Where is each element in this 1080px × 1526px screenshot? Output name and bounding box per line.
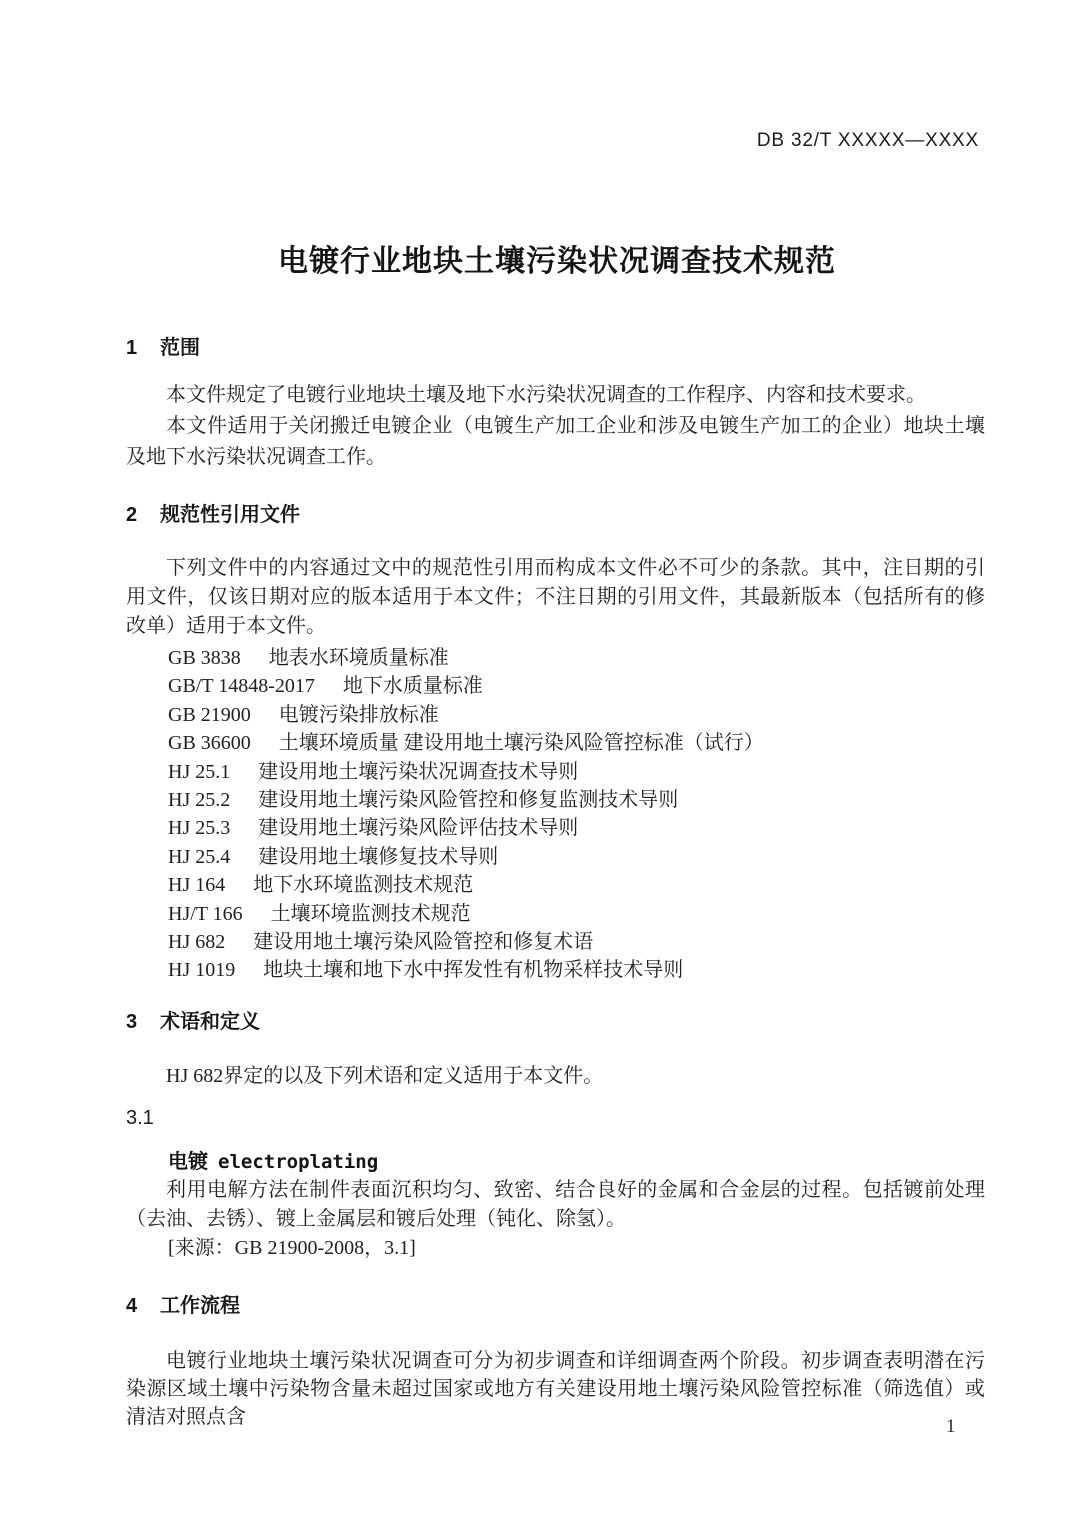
section-2-number: 2 [126, 503, 160, 527]
clause-number: 3.1 [126, 1106, 985, 1130]
reference-item: HJ 682建设用地土壤污染风险管控和修复术语 [126, 928, 985, 956]
references-list: GB 3838地表水环境质量标准 GB/T 14848-2017地下水质量标准 … [126, 644, 985, 985]
reference-code: HJ 25.2 [168, 786, 230, 814]
reference-title: 地块土壤和地下水中挥发性有机物采样技术导则 [263, 959, 683, 981]
reference-item: HJ/T 166土壤环境监测技术规范 [126, 900, 985, 928]
section-1-heading: 1范围 [126, 336, 985, 360]
reference-title: 建设用地土壤修复技术导则 [258, 846, 498, 868]
reference-code: HJ 164 [168, 871, 225, 899]
scope-paragraph-1: 本文件规定了电镀行业地块土壤及地下水污染状况调查的工作程序、内容和技术要求。 [126, 380, 985, 411]
reference-item: GB 21900电镀污染排放标准 [126, 701, 985, 729]
reference-item: HJ 164地下水环境监测技术规范 [126, 871, 985, 899]
section-1-title: 范围 [160, 337, 200, 359]
reference-title: 土壤环境质量 建设用地土壤污染风险管控标准（试行） [279, 732, 764, 754]
reference-item: HJ 25.2建设用地土壤污染风险管控和修复监测技术导则 [126, 786, 985, 814]
reference-item: GB 3838地表水环境质量标准 [126, 644, 985, 672]
reference-code: GB 36600 [168, 729, 251, 757]
section-3-number: 3 [126, 1010, 160, 1034]
term-definition-paragraph: 利用电解方法在制件表面沉积均匀、致密、结合良好的金属和合金层的过程。包括镀前处理… [126, 1176, 985, 1234]
reference-code: GB/T 14848-2017 [168, 672, 315, 700]
section-1-body: 本文件规定了电镀行业地块土壤及地下水污染状况调查的工作程序、内容和技术要求。 本… [126, 380, 985, 473]
section-3-heading: 3术语和定义 [126, 1010, 985, 1034]
reference-code: HJ 682 [168, 928, 225, 956]
reference-title: 地表水环境质量标准 [269, 647, 449, 669]
section-2-heading: 2规范性引用文件 [126, 503, 985, 527]
reference-code: GB 21900 [168, 701, 251, 729]
reference-code: HJ 25.4 [168, 843, 230, 871]
reference-code: HJ 1019 [168, 956, 235, 984]
term-en: electroplating [218, 1151, 378, 1173]
section-3-title: 术语和定义 [160, 1011, 260, 1033]
term-zh: 电镀 [168, 1151, 208, 1173]
reference-code: GB 3838 [168, 644, 241, 672]
reference-item: GB/T 14848-2017地下水质量标准 [126, 672, 985, 700]
section-1-number: 1 [126, 336, 160, 360]
reference-item: HJ 25.1建设用地土壤污染状况调查技术导则 [126, 758, 985, 786]
reference-title: 地下水环境监测技术规范 [253, 874, 473, 896]
reference-item: GB 36600土壤环境质量 建设用地土壤污染风险管控标准（试行） [126, 729, 985, 757]
reference-title: 地下水质量标准 [343, 675, 483, 697]
reference-title: 建设用地土壤污染状况调查技术导则 [258, 761, 578, 783]
reference-title: 土壤环境监测技术规范 [271, 903, 471, 925]
document-title: 电镀行业地块土壤污染状况调查技术规范 [0, 236, 1080, 280]
reference-title: 建设用地土壤污染风险管控和修复术语 [253, 931, 593, 953]
reference-item: HJ 1019地块土壤和地下水中挥发性有机物采样技术导则 [126, 956, 985, 984]
document-page: DB 32/T XXXXX—XXXX 电镀行业地块土壤污染状况调查技术规范 1范… [0, 0, 1080, 1526]
reference-title: 建设用地土壤污染风险管控和修复监测技术导则 [258, 789, 678, 811]
term-source: [来源：GB 21900-2008，3.1] [126, 1236, 985, 1260]
reference-code: HJ 25.3 [168, 814, 230, 842]
reference-code: HJ/T 166 [168, 900, 243, 928]
section-4-number: 4 [126, 1294, 160, 1318]
section-3-intro: HJ 682界定的以及下列术语和定义适用于本文件。 [126, 1062, 985, 1091]
section-2-title: 规范性引用文件 [160, 504, 300, 526]
section-4-body: 电镀行业地块土壤污染状况调查可分为初步调查和详细调查两个阶段。初步调查表明潜在污… [126, 1347, 985, 1431]
scope-paragraph-2: 本文件适用于关闭搬迁电镀企业（电镀生产加工企业和涉及电镀生产加工的企业）地块土壤… [126, 411, 985, 473]
workflow-paragraph: 电镀行业地块土壤污染状况调查可分为初步调查和详细调查两个阶段。初步调查表明潜在污… [126, 1347, 985, 1431]
terms-intro-paragraph: HJ 682界定的以及下列术语和定义适用于本文件。 [126, 1062, 985, 1091]
section-2-intro: 下列文件中的内容通过文中的规范性引用而构成本文件必不可少的条款。其中，注日期的引… [126, 554, 985, 641]
section-4-title: 工作流程 [160, 1295, 240, 1317]
reference-title: 电镀污染排放标准 [279, 704, 439, 726]
reference-item: HJ 25.4建设用地土壤修复技术导则 [126, 843, 985, 871]
reference-code: HJ 25.1 [168, 758, 230, 786]
term-line: 电镀electroplating [126, 1150, 985, 1174]
term-definition: 利用电解方法在制件表面沉积均匀、致密、结合良好的金属和合金层的过程。包括镀前处理… [126, 1176, 985, 1234]
page-number: 1 [946, 1416, 956, 1438]
references-intro-paragraph: 下列文件中的内容通过文中的规范性引用而构成本文件必不可少的条款。其中，注日期的引… [126, 554, 985, 641]
reference-item: HJ 25.3建设用地土壤污染风险评估技术导则 [126, 814, 985, 842]
section-4-heading: 4工作流程 [126, 1294, 985, 1318]
standard-code: DB 32/T XXXXX—XXXX [757, 130, 979, 152]
reference-title: 建设用地土壤污染风险评估技术导则 [258, 817, 578, 839]
